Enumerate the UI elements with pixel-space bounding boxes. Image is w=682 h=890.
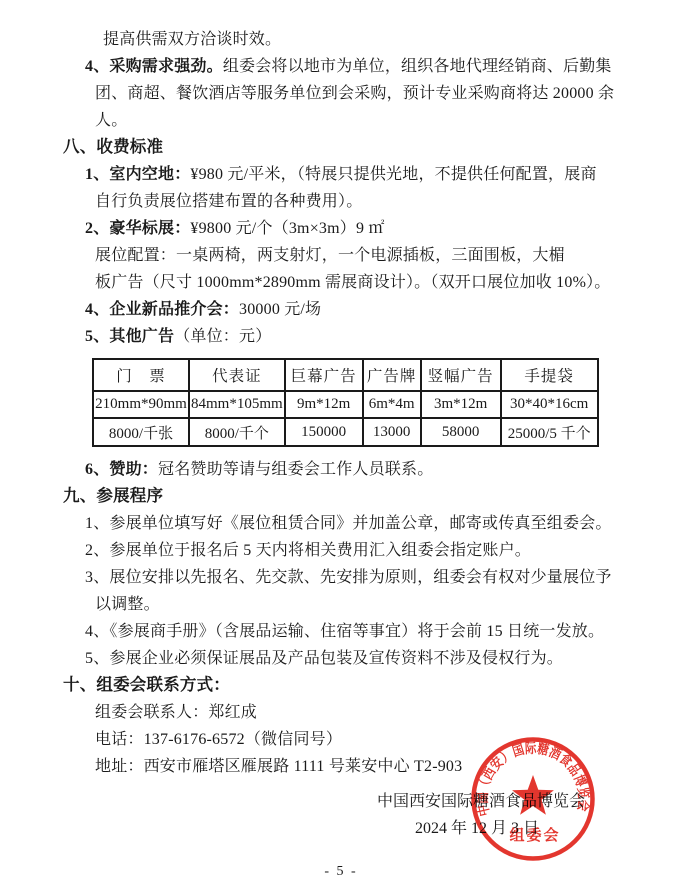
text-line: 3、展位安排以先报名、先交款、先安排为原则，组委会有权对少量展位予 [0,564,682,591]
table-cell: 30*40*16cm [501,391,598,418]
text-line: 2、参展单位于报名后 5 天内将相关费用汇入组委会指定账户。 [0,537,682,564]
contact-person-line: 组委会联系人：郑红成 [0,699,682,726]
fee-table-price-row: 8000/千张 8000/千个 150000 13000 58000 25000… [93,418,598,446]
document-page: { "lines": [ {"r": "提高供需双方洽谈时效。"}, {"b":… [0,0,682,890]
org-signature: 中国西安国际糖酒食品博览会 [0,788,682,815]
text-line: 4、采购需求强劲。组委会将以地市为单位，组织各地代理经销商、后勤集 [0,53,682,80]
table-cell: 13000 [363,418,421,446]
section-heading-contact: 十、组委会联系方式： [0,672,682,699]
text-line: 6、赞助：冠名赞助等请与组委会工作人员联系。 [0,456,682,483]
text-line: 团、商超、餐饮酒店等服务单位到会采购，预计专业采购商将达 20000 余 [0,80,682,107]
table-cell: 9m*12m [285,391,363,418]
table-cell: 58000 [421,418,501,446]
table-cell: 150000 [285,418,363,446]
text-line: 板广告（尺寸 1000mm*2890mm 需展商设计）。（双开口展位加收 10%… [0,269,682,296]
text-line: 展位配置：一桌两椅，两支射灯，一个电源插板，三面围板，大楣 [0,242,682,269]
table-cell: 3m*12m [421,391,501,418]
fee-table-size-row: 210mm*90mm 84mm*105mm 9m*12m 6m*4m 3m*12… [93,391,598,418]
fee-table: 门 票 代表证 巨幕广告 广告牌 竖幅广告 手提袋 210mm*90mm 84m… [92,358,599,447]
text-line: 4、《参展商手册》（含展品运输、住宿等事宜）将于会前 15 日统一发放。 [0,618,682,645]
table-cell: 8000/千个 [189,418,285,446]
table-cell: 8000/千张 [93,418,189,446]
text-line: 1、室内空地：¥980 元/平米，（特展只提供光地，不提供任何配置，展商 [0,161,682,188]
text-line: 5、参展企业必须保证展品及产品包装及宣传资料不涉及侵权行为。 [0,645,682,672]
text-line: 4、企业新品推介会：30000 元/场 [0,296,682,323]
text-line: 5、其他广告（单位：元） [0,323,682,350]
table-cell: 210mm*90mm [93,391,189,418]
table-header-cell: 门 票 [93,359,189,391]
contact-phone-line: 电话：137-6176-6572（微信同号） [0,726,682,753]
date-line: 2024 年 12 月 3 日 [0,815,682,842]
text-line: 提高供需双方洽谈时效。 [0,26,682,53]
text-line: 1、参展单位填写好《展位租赁合同》并加盖公章，邮寄或传真至组委会。 [0,510,682,537]
table-cell: 6m*4m [363,391,421,418]
fee-table-header-row: 门 票 代表证 巨幕广告 广告牌 竖幅广告 手提袋 [93,359,598,391]
table-cell: 25000/5 千个 [501,418,598,446]
page-number: - 5 - [0,864,682,880]
document-body: 提高供需双方洽谈时效。 4、采购需求强劲。组委会将以地市为单位，组织各地代理经销… [0,0,682,880]
contact-address-line: 地址：西安市雁塔区雁展路 1111 号莱安中心 T2-903 [0,753,682,780]
text-line: 自行负责展位搭建布置的各种费用）。 [0,188,682,215]
text-line: 以调整。 [0,591,682,618]
table-header-cell: 手提袋 [501,359,598,391]
text-line: 人。 [0,107,682,134]
table-header-cell: 广告牌 [363,359,421,391]
section-heading-procedure: 九、参展程序 [0,483,682,510]
table-header-cell: 代表证 [189,359,285,391]
table-cell: 84mm*105mm [189,391,285,418]
table-header-cell: 巨幕广告 [285,359,363,391]
text-line: 2、豪华标展：¥9800 元/个（3m×3m）9 ㎡ [0,215,682,242]
section-heading-fees: 八、收费标准 [0,134,682,161]
table-header-cell: 竖幅广告 [421,359,501,391]
